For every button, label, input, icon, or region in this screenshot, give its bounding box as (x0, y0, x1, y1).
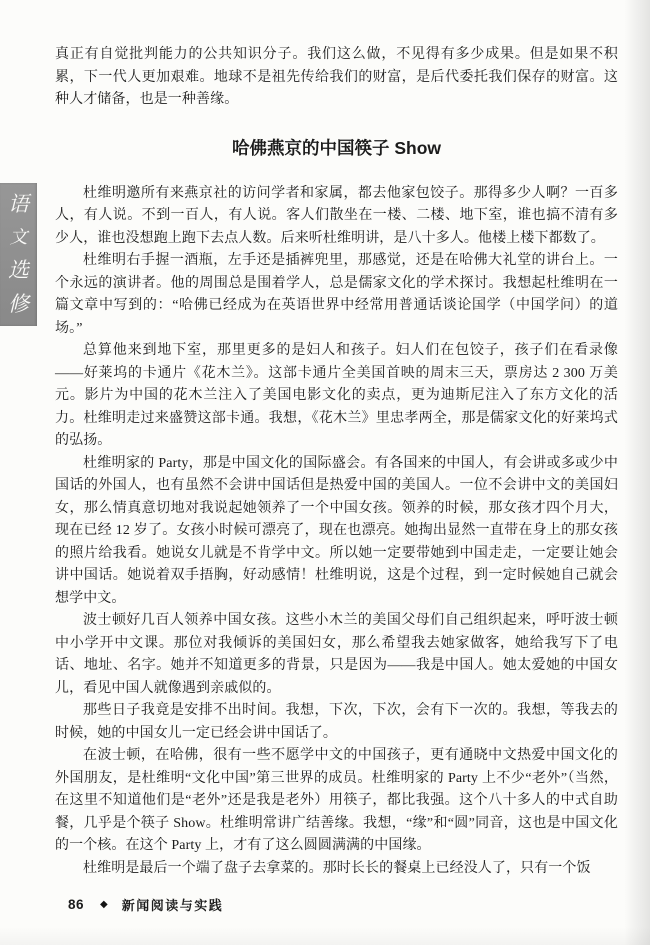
spine-char: 修 (8, 294, 29, 315)
article-body: 真正有自觉批判能力的公共知识分子。我们这么做，不见得有多少成果。但是如果不积累，… (55, 44, 618, 880)
spine-char: 文 (10, 228, 28, 246)
page-number: 86 (68, 897, 84, 912)
article-paragraph: 杜维明是最后一个端了盘子去拿菜的。那时长长的餐桌上已经没人了，只有一个饭 (55, 858, 618, 881)
article-paragraph: 杜维明右手握一酒瓶，左手还是插裤兜里，那感觉，还是在哈佛大礼堂的讲台上。一个永远… (55, 250, 618, 340)
article-paragraph: 那些日子我竟是安排不出时间。我想，下次，下次，会有下一次的。我想，等我去的时候，… (55, 700, 618, 745)
page-footer: 86 ◆ 新闻阅读与实践 (68, 895, 223, 914)
diamond-icon: ◆ (100, 899, 108, 910)
article-paragraph: 杜维明邀所有来燕京社的访问学者和家属，都去他家包饺子。那得多少人啊？一百多人，有… (55, 183, 618, 251)
article-title: 哈佛燕京的中国筷子 Show (55, 137, 618, 159)
book-page: 语 文 选 修 真正有自觉批判能力的公共知识分子。我们这么做，不见得有多少成果。… (0, 0, 650, 945)
article-paragraph: 在波士顿，在哈佛，很有一些不愿学中文的中国孩子，更有通晓中文热爱中国文化的外国朋… (55, 745, 618, 858)
spine-char: 选 (8, 260, 29, 281)
article-paragraph: 总算他来到地下室，那里更多的是妇人和孩子。妇人们在包饺子，孩子们在看录像——好莱… (55, 340, 618, 453)
article-paragraph: 波士顿好几百人领养中国女孩。这些小木兰的美国父母们自己组织起来，呼吁波士顿中小学… (55, 610, 618, 700)
lead-paragraph: 真正有自觉批判能力的公共知识分子。我们这么做，不见得有多少成果。但是如果不积累，… (55, 44, 618, 112)
book-spine-label: 语 文 选 修 (0, 183, 37, 326)
footer-book-title: 新闻阅读与实践 (122, 895, 224, 914)
article-paragraph: 杜维明家的 Party，那是中国文化的国际盛会。有各国来的中国人，有会讲或多或少… (55, 453, 618, 611)
spine-char: 语 (8, 194, 29, 215)
